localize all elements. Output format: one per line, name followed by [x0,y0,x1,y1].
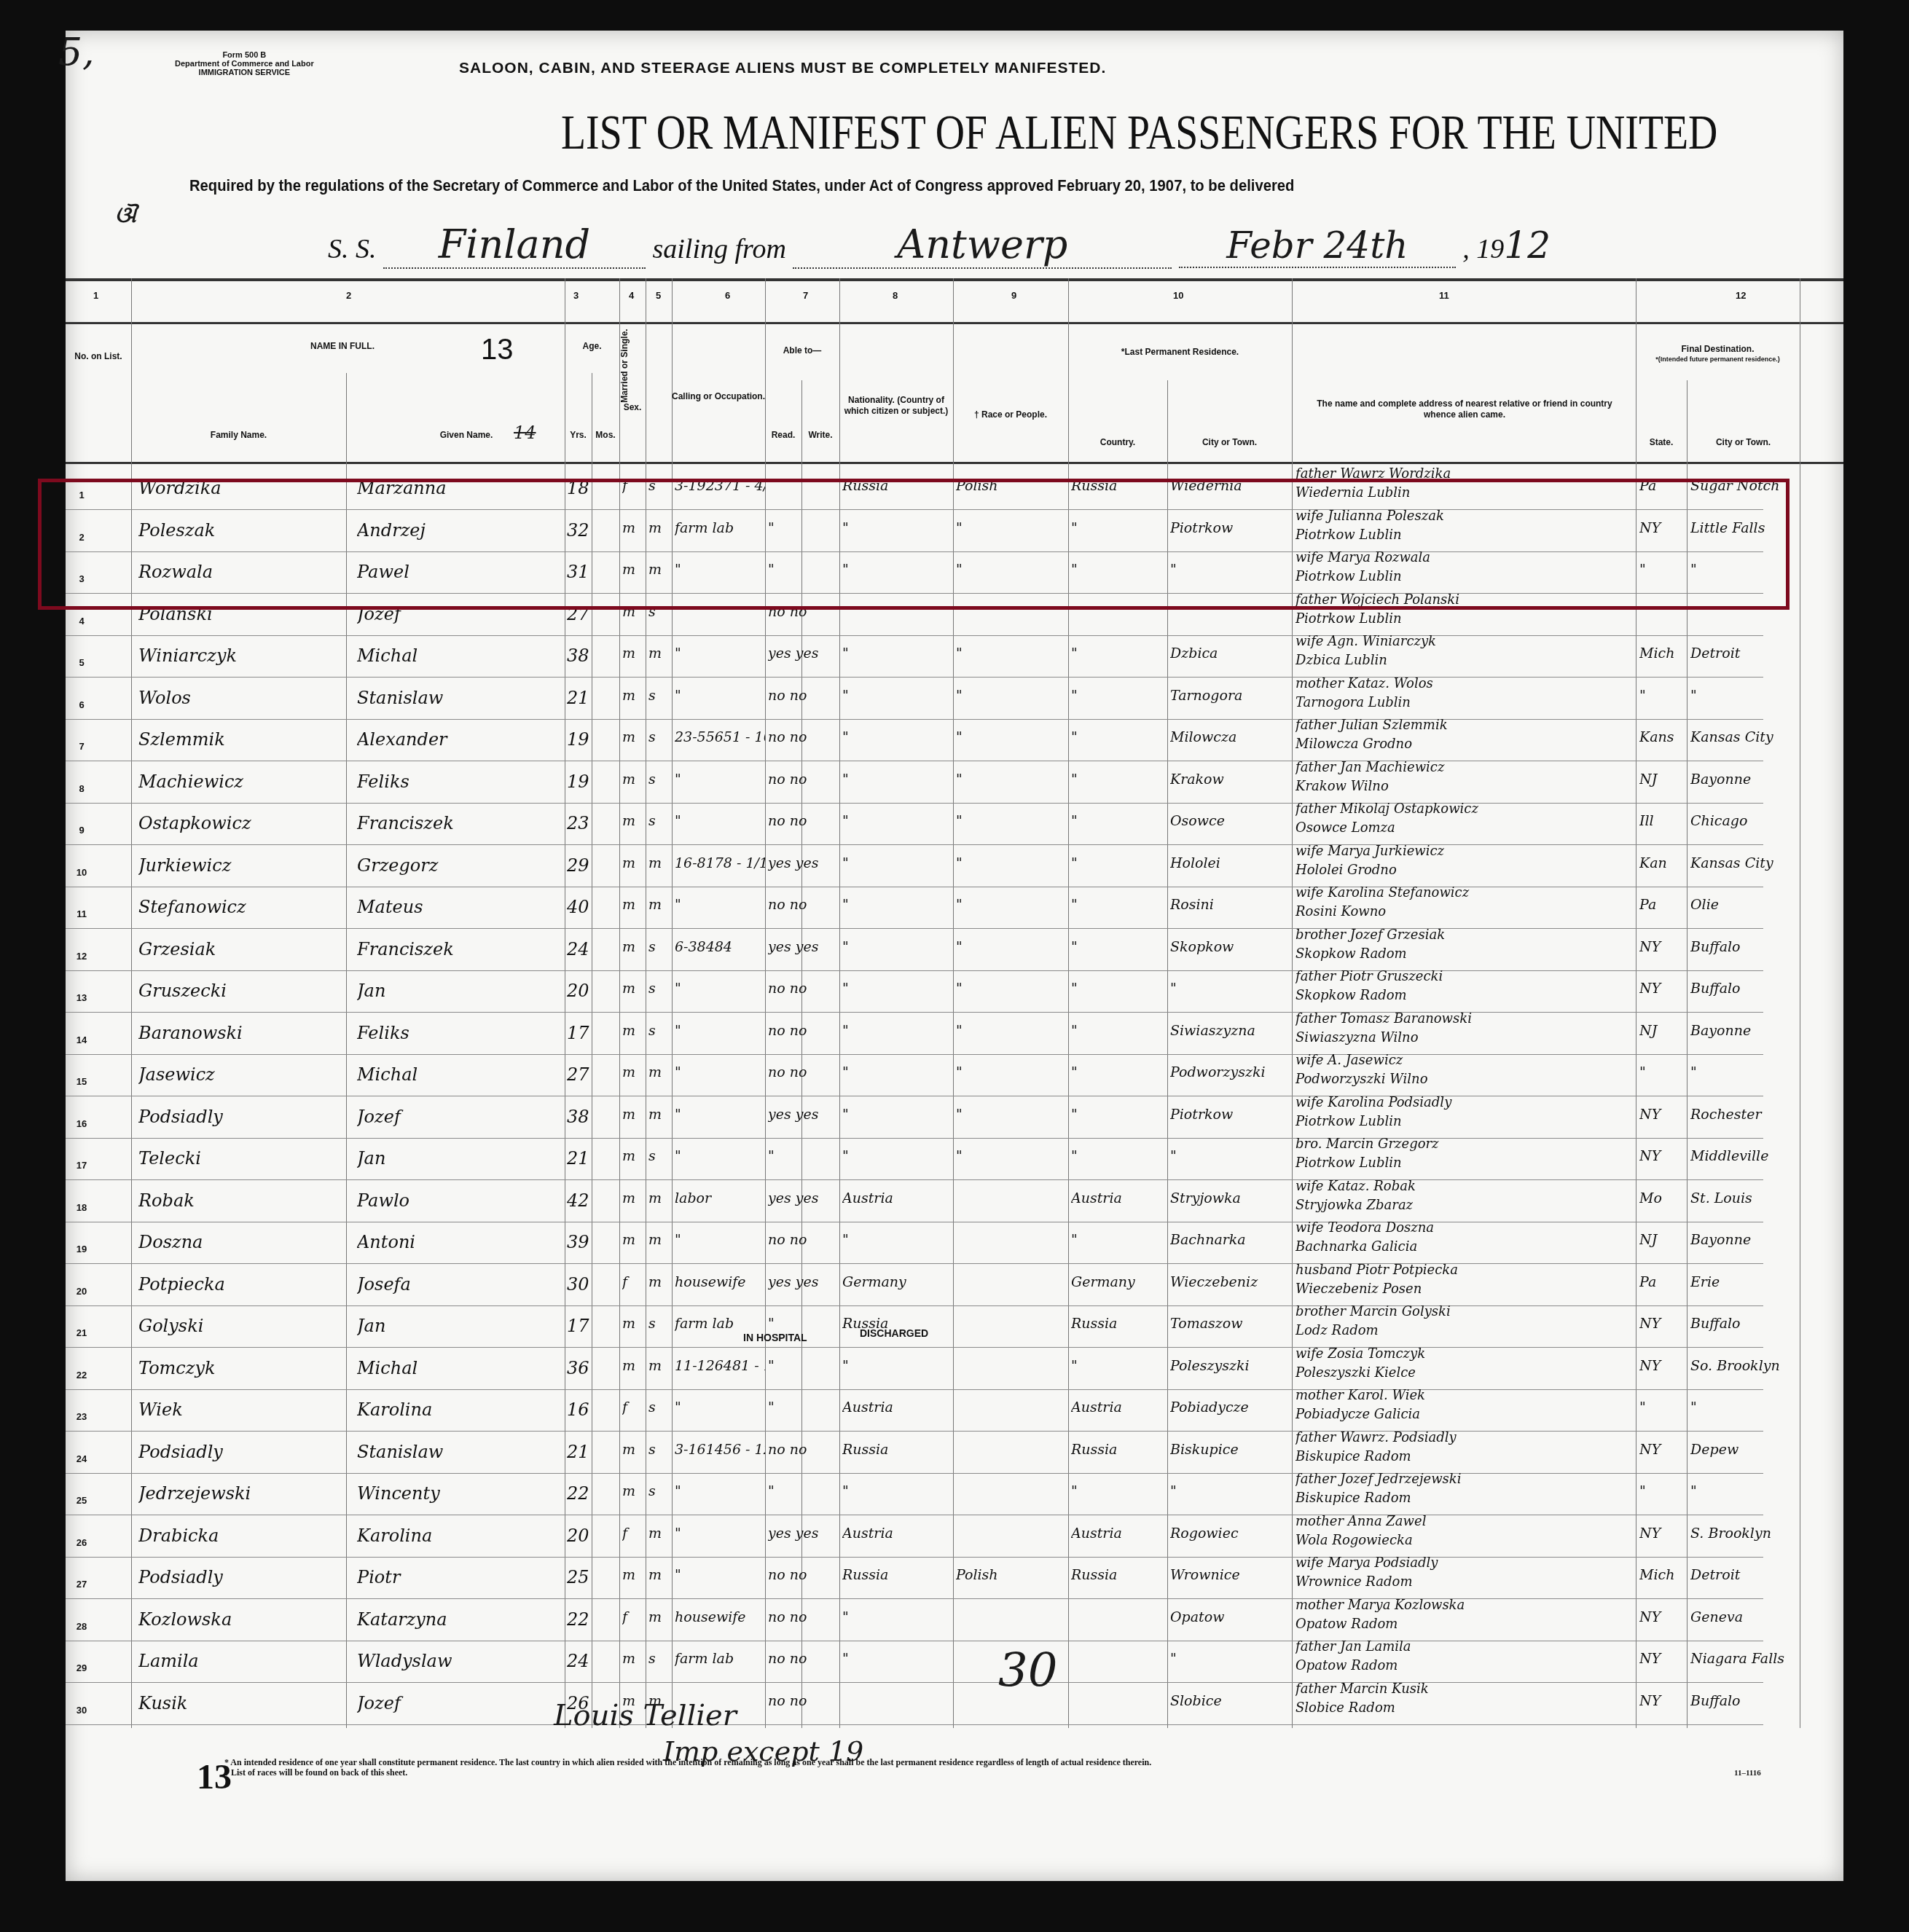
table-row: 15JasewiczMichal27mm"no no"""Podworzyszk… [66,1054,1763,1096]
ss-label: S. S. [328,234,377,264]
row-number: 12 [66,951,98,962]
cell-rel2: Rosini Kowno [1295,904,1634,919]
cell-country: Germany [1071,1274,1166,1290]
row-number: 9 [66,825,98,836]
cell-country: Russia [1071,1442,1166,1458]
cell-dest: Olie [1690,897,1800,913]
table-row: 28KozlowskaKatarzyna22fmhousewifeno no"O… [66,1599,1763,1641]
cell-sex: m [622,1358,644,1374]
cell-given: Jozef [357,1693,561,1713]
cell-rw: " [768,1316,838,1332]
cell-age: 17 [567,1023,596,1043]
row-number: 27 [66,1579,98,1590]
row-number: 22 [66,1370,98,1381]
manifest-banner: SALOON, CABIN, AND STEERAGE ALIENS MUST … [459,60,1106,77]
cell-rel1: mother Marya Kozlowska [1295,1598,1634,1613]
cell-family: Jurkiewicz [138,855,342,876]
cell-ms: m [648,855,670,871]
cell-rw: yes yes [768,939,838,955]
cell-nat: Austria [842,1399,952,1415]
cell-city: Siwiaszyzna [1170,1023,1290,1039]
cell-rel1: wife Kataz. Robak [1295,1179,1634,1194]
cell-state: NJ [1639,1232,1685,1248]
header-married-single: Married or Single. [619,315,630,417]
cell-dest: Bayonne [1690,771,1800,788]
cell-age: 36 [567,1358,596,1378]
table-row: 6WolosStanislaw21ms"no no"""Tarnogoramot… [66,678,1763,720]
header-final-destination: Final Destination. [1636,344,1800,355]
cell-city: " [1170,981,1290,997]
row-number: 21 [66,1327,98,1338]
cell-age: 39 [567,1232,596,1252]
cell-race: " [956,1107,1065,1123]
port-name: Antwerp [793,221,1172,269]
cell-family: Grzesiak [138,939,342,959]
cell-occ: farm lab [675,1316,765,1332]
cell-race: " [956,1148,1065,1164]
cell-nat: Russia [842,1567,952,1583]
cell-nat: " [842,771,952,788]
cell-dest: Detroit [1690,645,1800,661]
cell-nat: " [842,1023,952,1039]
inspector-signature: Louis Tellier [554,1699,737,1732]
cell-state: NY [1639,1609,1685,1625]
header-read: Read. [765,430,801,441]
cell-age: 38 [567,1107,596,1127]
sailing-from-label: sailing from [653,234,786,264]
cell-country: " [1071,1023,1166,1039]
cell-ms: s [648,1651,670,1667]
cell-family: Winiarczyk [138,645,342,666]
cell-nat: Austria [842,1525,952,1542]
cell-ms: s [648,1148,670,1164]
cell-rel2: Slobice Radom [1295,1700,1634,1716]
cell-country: Austria [1071,1190,1166,1206]
cell-race: " [956,688,1065,704]
highlighted-rows-box [38,479,1790,610]
row-number: 25 [66,1495,98,1506]
cell-city: Stryjowka [1170,1190,1290,1206]
cell-country: " [1071,771,1166,788]
cell-sex: m [622,1232,644,1248]
cell-occ: " [675,1107,765,1123]
cell-nat: " [842,813,952,829]
table-row: 24PodsiadlyStanislaw21ms3-161456 - 12/20… [66,1432,1763,1474]
row-number: 24 [66,1453,98,1464]
header-age-yrs: Yrs. [565,430,592,441]
cell-state: Kans [1639,729,1685,745]
cell-age: 21 [567,1442,596,1462]
row-number: 19 [66,1244,98,1254]
cell-rel1: bro. Marcin Grzegorz [1295,1136,1634,1152]
cell-rel1: wife A. Jasewicz [1295,1053,1634,1068]
row-number: 18 [66,1202,98,1213]
cell-ms: m [648,1609,670,1625]
cell-given: Antoni [357,1232,561,1252]
cell-rel2: Piotrkow Lublin [1295,1114,1634,1129]
cell-occ: " [675,1483,765,1499]
cell-ms: s [648,1399,670,1415]
manifest-sheet: 5, ଔ Form 500 B Department of Commerce a… [66,31,1843,1881]
cell-state: NY [1639,939,1685,955]
cell-city: Krakow [1170,771,1290,788]
cell-rel2: Wieczebeniz Posen [1295,1281,1634,1297]
cell-state: Ill [1639,813,1685,829]
form-block: Form 500 B Department of Commerce and La… [175,51,314,77]
col-number-7: 7 [803,290,808,301]
cell-rel1: father Tomasz Baranowski [1295,1011,1634,1026]
cell-rel1: father Jan Lamila [1295,1639,1634,1654]
cell-country: " [1071,981,1166,997]
cell-ms: m [648,1525,670,1542]
cell-rel2: Piotrkow Lublin [1295,1155,1634,1171]
cell-occ: " [675,1525,765,1542]
cell-state: Pa [1639,1274,1685,1290]
col-number-4: 4 [629,290,634,301]
table-row: 23WiekKarolina16fs""AustriaAustriaPobiad… [66,1389,1763,1432]
cell-age: 27 [567,1064,596,1085]
cell-race: " [956,981,1065,997]
cell-city: Poleszyszki [1170,1358,1290,1374]
cell-nat: " [842,1609,952,1625]
cell-rel2: Osowce Lomza [1295,820,1634,836]
row-number: 20 [66,1286,98,1297]
cell-rel1: wife Zosia Tomczyk [1295,1346,1634,1362]
cell-race: " [956,645,1065,661]
cell-sex: m [622,645,644,661]
cell-state: NY [1639,1148,1685,1164]
cell-country: " [1071,729,1166,745]
cell-country: " [1071,688,1166,704]
cell-rw: " [768,1399,838,1415]
cell-occ: 11-126481 - 11/24/35 [675,1358,765,1374]
cell-rel2: Milowcza Grodno [1295,737,1634,752]
department-name: Department of Commerce and Labor [175,60,314,68]
row-number: 28 [66,1621,98,1632]
row-number: 16 [66,1118,98,1129]
row-number: 17 [66,1160,98,1171]
cell-city: Rosini [1170,897,1290,913]
cell-rw: no no [768,1064,838,1080]
cell-state: NY [1639,1442,1685,1458]
cell-occ: farm lab [675,1651,765,1667]
cell-state: " [1639,1483,1685,1499]
cell-family: Golyski [138,1316,342,1336]
cell-country: " [1071,813,1166,829]
cell-occ: housewife [675,1609,765,1625]
cell-given: Michal [357,645,561,666]
cell-rel2: Siwiaszyzna Wilno [1295,1030,1634,1045]
header-given-name: Given Name. [408,430,525,441]
count-annotation: 30 [998,1644,1057,1698]
cell-city: Rogowiec [1170,1525,1290,1542]
cell-dest: Buffalo [1690,1693,1800,1709]
service-name: IMMIGRATION SERVICE [175,68,314,77]
cell-age: 21 [567,1148,596,1169]
table-row: 8MachiewiczFeliks19ms"no no"""Krakowfath… [66,761,1763,804]
cell-nat: " [842,855,952,871]
cell-dest: Depew [1690,1442,1800,1458]
cell-nat: " [842,1651,952,1667]
cell-sex: f [622,1609,644,1625]
cell-dest: Bayonne [1690,1023,1800,1039]
cell-rel2: Pobiadycze Galicia [1295,1407,1634,1422]
col-number-8: 8 [893,290,898,301]
cell-given: Piotr [357,1567,561,1587]
cell-city: Slobice [1170,1693,1290,1709]
cell-race: " [956,1064,1065,1080]
cell-sex: m [622,1483,644,1499]
table-row: 27PodsiadlyPiotr25mm"no noRussiaPolishRu… [66,1557,1763,1599]
cell-age: 23 [567,813,596,833]
cell-occ: " [675,1023,765,1039]
cell-rw: no no [768,688,838,704]
cell-state: " [1639,688,1685,704]
cell-given: Pawlo [357,1190,561,1211]
cell-rw: no no [768,729,838,745]
cell-ms: s [648,688,670,704]
header-last-residence: *Last Permanent Residence. [1068,347,1292,358]
cell-family: Drabicka [138,1525,342,1546]
cell-dest: Buffalo [1690,981,1800,997]
cell-family: Podsiadly [138,1442,342,1462]
cell-family: Ostapkowicz [138,813,342,833]
cell-city: Biskupice [1170,1442,1290,1458]
cell-rel2: Poleszyszki Kielce [1295,1365,1634,1381]
cell-family: Baranowski [138,1023,342,1043]
cell-nat: " [842,939,952,955]
cell-occ: 23-55651 - 10/18/37 [675,729,765,745]
cell-rel2: Dzbica Lublin [1295,653,1634,668]
cell-given: Jan [357,1316,561,1336]
cell-country: " [1071,1064,1166,1080]
cell-nat: " [842,1064,952,1080]
table-row: 17TeleckiJan21ms""""""bro. Marcin Grzego… [66,1138,1763,1180]
cell-rel1: wife Karolina Stefanowicz [1295,885,1634,900]
cell-family: Robak [138,1190,342,1211]
footnotes: * An intended residence of one year shal… [224,1757,1151,1778]
header-top-rule [66,278,1843,281]
cell-sex: m [622,1148,644,1164]
cell-dest: " [1690,1064,1800,1080]
table-row: 11StefanowiczMateus40mm"no no"""Rosiniwi… [66,887,1763,929]
cell-occ: 16-8178 - 1/17/40 [675,855,765,871]
cell-nat: Russia [842,1442,952,1458]
cell-ms: s [648,939,670,955]
cell-nat: Austria [842,1190,952,1206]
col-number-5: 5 [656,290,661,301]
cell-family: Kozlowska [138,1609,342,1630]
cell-rel2: Skopkow Radom [1295,988,1634,1003]
cell-occ: 3-161456 - 12/20/39 [675,1442,765,1458]
cell-rel1: wife Karolina Podsiadly [1295,1095,1634,1110]
cell-given: Katarzyna [357,1609,561,1630]
cell-rel1: father Wawrz. Podsiadly [1295,1430,1634,1445]
header-age-mos: Mos. [592,430,619,441]
header-able-to: Able to— [765,345,839,356]
cell-sex: m [622,813,644,829]
margin-mark-page: 5, [58,31,95,74]
cell-family: Lamila [138,1651,342,1671]
cell-given: Feliks [357,1023,561,1043]
cell-ms: s [648,1023,670,1039]
cell-given: Franciszek [357,813,561,833]
cell-ms: s [648,771,670,788]
cell-rel1: father Mikolaj Ostapkowicz [1295,801,1634,817]
cell-age: 20 [567,981,596,1001]
cell-given: Karolina [357,1399,561,1420]
cell-nat: " [842,897,952,913]
header-rule [66,322,1843,324]
header-name-in-full: NAME IN FULL. [240,341,444,352]
cell-nat: " [842,1483,952,1499]
col-number-1: 1 [93,290,98,301]
cell-occ: 6-38484 [675,939,765,955]
cell-city: Milowcza [1170,729,1290,745]
cell-state: NJ [1639,1023,1685,1039]
cell-country: Austria [1071,1399,1166,1415]
cell-rel1: husband Piotr Potpiecka [1295,1263,1634,1278]
row-number: 7 [66,741,98,752]
cell-rw: no no [768,1232,838,1248]
table-row: 10JurkiewiczGrzegorz29mm16-8178 - 1/17/4… [66,845,1763,887]
cell-dest: S. Brooklyn [1690,1525,1800,1542]
cell-state: NY [1639,1316,1685,1332]
sailing-date: Febr 24th [1179,224,1456,268]
cell-rw: yes yes [768,1190,838,1206]
row-number: 5 [66,657,98,668]
cell-state: Mich [1639,645,1685,661]
cell-dest: Middleville [1690,1148,1800,1164]
cell-rel1: wife Marya Podsiadly [1295,1555,1634,1571]
cell-family: Podsiadly [138,1567,342,1587]
cell-sex: m [622,981,644,997]
cell-family: Jasewicz [138,1064,342,1085]
cell-occ: " [675,1399,765,1415]
cell-country: " [1071,855,1166,871]
footnote-residence: * An intended residence of one year shal… [224,1757,1151,1767]
cell-country: Austria [1071,1525,1166,1542]
cell-rw: no no [768,1023,838,1039]
table-row: 12GrzesiakFranciszek24ms6-38484yes yes""… [66,929,1763,971]
cell-state: NJ [1639,771,1685,788]
cell-family: Wolos [138,688,342,708]
row-number: 14 [66,1034,98,1045]
form-number: Form 500 B [175,51,314,60]
header-calling: Calling or Occupation. [672,391,765,402]
cell-family: Tomczyk [138,1358,342,1378]
cell-rel1: wife Teodora Doszna [1295,1220,1634,1236]
cell-age: 22 [567,1609,596,1630]
cell-dest: So. Brooklyn [1690,1358,1800,1374]
header-country: Country. [1068,437,1167,448]
cell-state: NY [1639,1525,1685,1542]
cell-dest: " [1690,1483,1800,1499]
cell-race: " [956,939,1065,955]
cell-occ: " [675,771,765,788]
cell-sex: m [622,688,644,704]
header-family-name: Family Name. [131,430,346,441]
ship-line: S. S. Finland sailing from Antwerp Febr … [328,221,1551,269]
cell-ms: m [648,645,670,661]
cell-rel1: father Jan Machiewicz [1295,760,1634,775]
cell-given: Michal [357,1064,561,1085]
cell-dest: " [1690,1399,1800,1415]
cell-city: " [1170,1651,1290,1667]
cell-rel2: Tarnogora Lublin [1295,695,1634,710]
cell-dest: Rochester [1690,1107,1800,1123]
stamp-in-hospital: IN HOSPITAL [743,1332,807,1343]
cell-city: Dzbica [1170,645,1290,661]
cell-occ: " [675,1148,765,1164]
cell-occ: " [675,1232,765,1248]
cell-rw: no no [768,981,838,997]
cell-state: Kan [1639,855,1685,871]
cell-rel2: Biskupice Radom [1295,1449,1634,1464]
cell-dest: Bayonne [1690,1232,1800,1248]
cell-ms: m [648,1358,670,1374]
cell-state: NY [1639,1693,1685,1709]
cell-family: Podsiadly [138,1107,342,1127]
cell-age: 24 [567,1651,596,1671]
cell-sex: m [622,729,644,745]
cell-rel2: Stryjowka Zbaraz [1295,1198,1634,1213]
cell-rw: yes yes [768,1107,838,1123]
cell-nat: " [842,1148,952,1164]
header-race: † Race or People. [953,409,1068,420]
cell-ms: m [648,1274,670,1290]
cell-family: Gruszecki [138,981,342,1001]
cell-country: Russia [1071,1316,1166,1332]
col-divider [1800,278,1800,1728]
cell-ms: s [648,813,670,829]
cell-sex: m [622,1442,644,1458]
table-row: 21GolyskiJan17msfarm lab"RussiaRussiaTom… [66,1305,1763,1348]
header-write: Write. [801,430,839,441]
cell-age: 21 [567,688,596,708]
cell-rel1: brother Marcin Golyski [1295,1304,1634,1319]
cell-occ: " [675,813,765,829]
cell-city: Wieczebeniz [1170,1274,1290,1290]
row-number: 29 [66,1662,98,1673]
cell-age: 17 [567,1316,596,1336]
cell-rel1: mother Kataz. Wolos [1295,676,1634,691]
cell-age: 22 [567,1483,596,1504]
cell-city: Tomaszow [1170,1316,1290,1332]
table-row: 5WiniarczykMichal38mm"yes yes"""Dzbicawi… [66,635,1763,678]
cell-city: Hololei [1170,855,1290,871]
table-row: 29LamilaWladyslaw24msfarm labno no""fath… [66,1641,1763,1683]
cell-sex: m [622,1567,644,1583]
cell-sex: m [622,1064,644,1080]
cell-occ: " [675,1064,765,1080]
table-row: 7SzlemmikAlexander19ms23-55651 - 10/18/3… [66,719,1763,761]
cell-country: " [1071,1483,1166,1499]
form-code: 11–1116 [1734,1769,1761,1778]
cell-given: Mateus [357,897,561,917]
cell-ms: s [648,1483,670,1499]
cell-rel1: wife Marya Jurkiewicz [1295,844,1634,859]
header-nearest-relative: The name and complete address of nearest… [1312,398,1618,420]
cell-city: " [1170,1483,1290,1499]
row-number: 10 [66,867,98,878]
cell-rw: no no [768,897,838,913]
cell-sex: f [622,1399,644,1415]
cell-dest: Detroit [1690,1567,1800,1583]
cell-country: " [1071,897,1166,913]
cell-dest: Kansas City [1690,729,1800,745]
cell-family: Machiewicz [138,771,342,792]
